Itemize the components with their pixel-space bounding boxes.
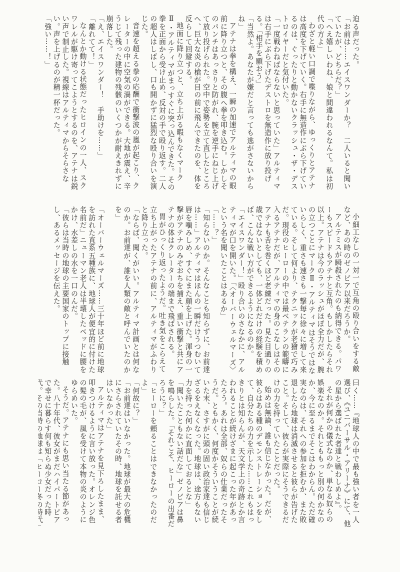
paragraph: 「……？」 — [210, 206, 219, 375]
paragraph: 「彼らは当時の地球の主要国家のトップに接触し、あるメッセージを伝えた。 — [52, 206, 70, 375]
text-band-middle: 小細工なしの一対一で互角の殴り合いをする敵など、あの時のゼノビア以来だろうか。ア… — [38, 206, 360, 375]
paragraph: なんとか動ける状態だったヒロインの一人、スクワレルが駆け寄ってこようとするのを、… — [52, 15, 87, 192]
paragraph: 「離れてて！」 — [87, 15, 96, 192]
paragraph: アルテミスが瞬殺されたのも納得できる。パワーもスピードもアテナと互角。もしかした… — [246, 206, 343, 375]
paragraph: そうだ。アテナにも思い当たる節があった。八十年代、彼女がまだハイパートピアで幸せ… — [38, 379, 70, 528]
paragraph: 「へえ嬉しいわね、娘と間違われるなんて。私は初代の方よ」 — [316, 15, 334, 192]
paragraph: 「強い……！」 — [43, 15, 52, 192]
paragraph: 始めは無論、誰も信じなかった。だが、彼らはある種のデモンストレーションをして、自… — [184, 379, 272, 528]
paragraph: アテナは拳を構え、一瞬の加速でアルティマの眼前に降り立つと、その腹へ拳を叩き込む… — [184, 15, 237, 192]
paragraph: 「エイスワンダー！」殴り合いのさなかに、アルティマが口を開いた。「〈オーバーウェ… — [219, 206, 245, 375]
paragraph: アルティマはアテナを見下ろしたまま、叩きつけるように言い放った。オレンジ色の髪の… — [70, 379, 105, 528]
paragraph: 「何故に？」 — [131, 379, 140, 528]
text-band-top: 迫る声だった。「お前は……エイスワンダーか？ 二人いると聞いていたが、どちらだ？… — [38, 15, 360, 192]
paragraph: 小細工なしの一対一で互角の殴り合いをする敵など、あの時のゼノビア以来だろうか。 — [342, 206, 360, 375]
paragraph: 地面に降り立つと、立ち上がる暇もなくマークⅡ・アルティマがまっすぐに突っ込んでき… — [140, 15, 184, 192]
paragraph: 「お前は……エイスワンダーか？ 二人いると聞いていたが、どちらだ？」 — [334, 15, 352, 192]
paragraph: 「お前達はいなかった。地球が最大の危機にさらされていたその時、地球を託せる者はい… — [105, 379, 131, 528]
paragraph: 「オーバーウェルマーズ……三十年ほど前に地球を訪れた直系五種族に、地球人が便宜的… — [70, 206, 105, 375]
paragraph: 「ヒーローを頼ることはできなかったのだよ」 — [140, 379, 158, 528]
paragraph: 迫る声だった。 — [351, 15, 360, 192]
paragraph: わざと軽い口調で喋りながら、ゆっくりとアテナは高度を下げていく。右手に無造作にぶ… — [281, 15, 316, 192]
paragraph: 「聞いたこともない話だな」ゼノビアは鼻を鳴らした。「それこそ、ヒーローの出番だろ… — [158, 379, 184, 528]
paragraph: 「一度戦わねばならないと思っていた」アルティマは右手にぶら下げたデストロを無造作… — [254, 15, 280, 192]
text-band-bottom: 曰く……『地球人の中で最も強い者を一人選び、《ユニバーサル・アリーナ》にて、他の… — [38, 379, 360, 528]
paragraph: 「当然よ。あなたが嫌だと言っても逃がさないからね」 — [237, 15, 255, 192]
scene-break — [105, 206, 114, 375]
paragraph: 音速を超える拳の応酬で衝撃波の嵐が起こり、クレーターの中に空気の渦ができる。大地… — [105, 15, 140, 192]
book-page: 迫る声だった。「お前は……エイスワンダーか？ 二人いると聞いていたが、どちらだ？… — [0, 0, 400, 572]
paragraph: 「知らないのか。そんなことも知らずに、お前達は……」アルティマはほんの一瞬だけう… — [166, 206, 210, 375]
paragraph: 「え、エイスワンダー！ 手助けを……」 — [96, 15, 105, 192]
paragraph: 胃がひっくり返ったようだ。吐き気をこらえて立ち上がったアテナの前に、アルティマが… — [140, 206, 166, 375]
paragraph: 曰く……『地球人の中で最も強い者を一人選び、《ユニバーサル・アリーナ》にて、他の… — [334, 379, 360, 528]
paragraph: 「ならば、聞くがいい。アルティマ計画とは何なのか。お前達が、誰を人類の敵と呼んで… — [114, 206, 140, 375]
paragraph: それが何かの儀式なのか、単なる奴らの娯楽なのか。それとももっと別の何かなのか、今… — [272, 379, 334, 528]
